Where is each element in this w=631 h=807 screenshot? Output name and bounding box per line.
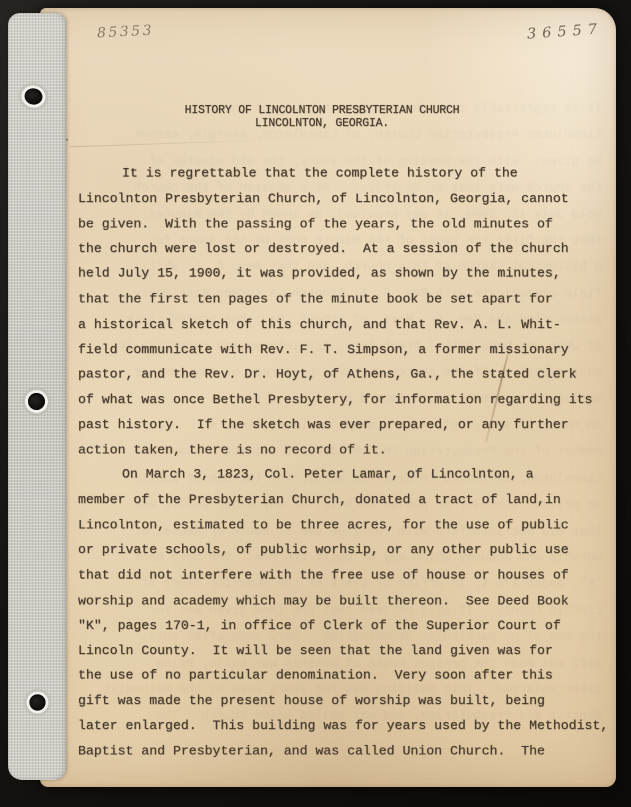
text-line: or private schools, of public worhsip, o… [78,537,618,562]
text-line: that did not interfere with the free use… [78,562,618,587]
text-line: later enlarged. This building was for ye… [78,713,618,738]
text-line: Lincoln County. It will be seen that the… [78,638,618,663]
text-line: past history. If the sketch was ever pre… [78,412,618,437]
text-line: a historical sketch of this church, and … [78,312,618,337]
handwritten-number-left: 85353 [97,23,155,42]
document-subtitle: LINCOLNTON, GEORGIA. [62,117,582,130]
text-line: Lincolnton, estimated to be three acres,… [78,513,618,538]
text-line: It is regrettable that the complete hist… [78,161,618,186]
document-title: HISTORY OF LINCOLNTON PRESBYTERIAN CHURC… [62,104,582,117]
text-line: worship and academy which may be built t… [78,588,618,613]
document-body: It is regrettable that the complete hist… [78,161,618,763]
text-line: held July 15, 1900, it was provided, as … [78,261,618,286]
punch-hole [28,393,45,410]
text-line: gift was made the present house of worsh… [78,688,618,713]
text-line: action taken, there is no record of it. [78,437,618,462]
document-title-block: HISTORY OF LINCOLNTON PRESBYTERIAN CHURC… [62,104,582,130]
text-line: member of the Presbyterian Church, donat… [78,487,618,512]
text-line: Lincolnton Presbyterian Church, of Linco… [78,186,618,211]
text-line: of what was once Bethel Presbytery, for … [78,387,618,412]
text-line: pastor, and the Rev. Dr. Hoyt, of Athens… [78,361,618,386]
text-line: be given. With the passing of the years,… [78,212,618,237]
punch-hole [29,694,45,710]
text-line: the church were lost or destroyed. At a … [78,236,618,261]
text-line: Baptist and Presbyterian, and was called… [78,739,618,764]
scanned-document: It is regrettable that the complete hist… [0,0,631,807]
text-line: the use of no particular denomination. V… [78,663,618,688]
text-line: that the first ten pages of the minute b… [78,287,618,312]
text-line: "K", pages 170-1, in office of Clerk of … [78,613,618,638]
text-line: On March 3, 1823, Col. Peter Lamar, of L… [78,462,618,487]
text-line: field communicate with Rev. F. T. Simpso… [78,337,618,362]
